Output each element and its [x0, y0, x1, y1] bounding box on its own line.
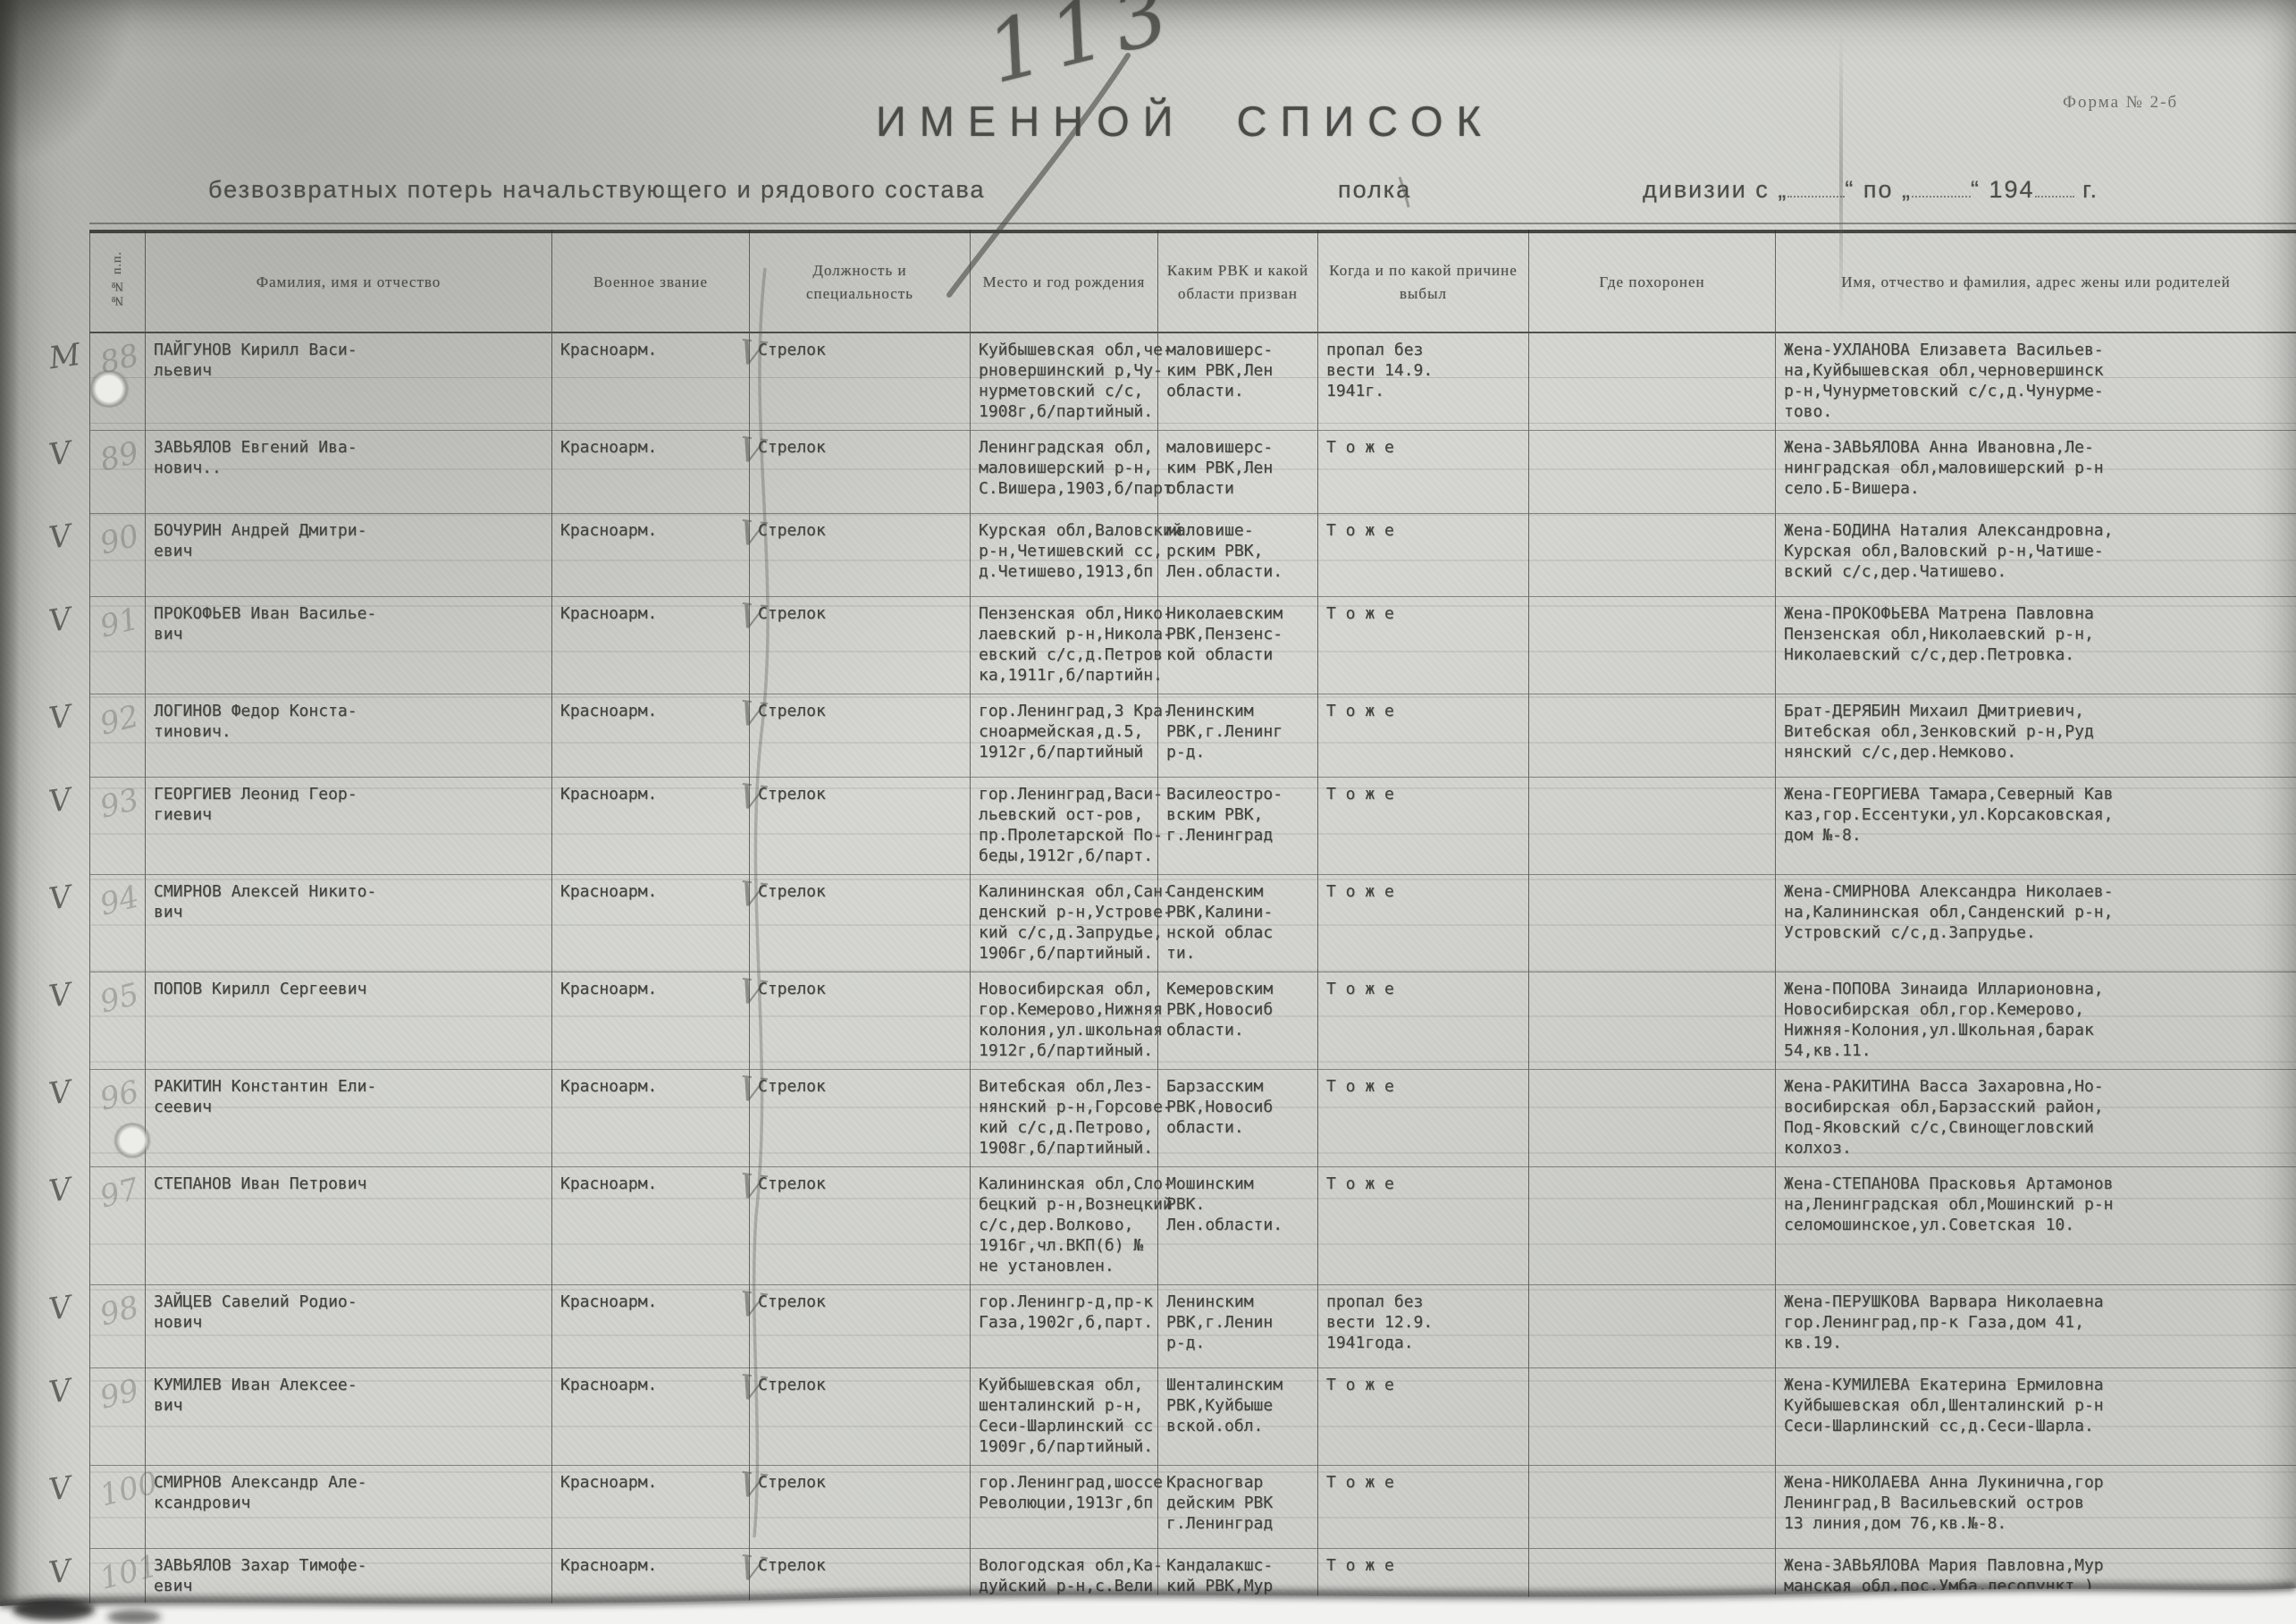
margin-checkmark: V — [46, 1372, 73, 1410]
header-name: Фамилия, имя и отчество — [146, 231, 552, 332]
cell-family-address: Жена-РАКИТИНА Васса Захаровна,Но- восиби… — [1776, 1070, 2296, 1167]
cell-name: ЗАВЬЯЛОВ Захар Тимофе- евич — [146, 1549, 552, 1624]
division-label: дивизии с — [1643, 176, 1770, 203]
row-number-pencil: 92 — [97, 698, 143, 742]
row-number-pencil: 98 — [97, 1289, 143, 1333]
cell-name: СМИРНОВ Александр Але- ксандрович — [146, 1466, 552, 1549]
cell-burial-place — [1529, 875, 1776, 972]
table-row: V94СМИРНОВ Алексей Никито- вичКрасноарм.… — [90, 875, 2296, 972]
header-rvk: Каким РВК и какой области призван — [1158, 231, 1318, 332]
row-number-pencil: 99 — [97, 1372, 143, 1416]
close-quote: “ — [1971, 176, 1981, 203]
cell-rank: Красноарм.V — [552, 1368, 750, 1466]
table-row: V93ГЕОРГИЕВ Леонид Геор- гиевичКрасноарм… — [90, 778, 2296, 875]
cell-name: ГЕОРГИЕВ Леонид Геор- гиевич — [146, 778, 552, 875]
cell-row-number: V89 — [90, 431, 146, 514]
cell-row-number: V96 — [90, 1070, 146, 1167]
cell-when-cause: Т о ж е — [1318, 1368, 1529, 1466]
table-header-row: №№ п.п. Фамилия, имя и отчество Военное … — [90, 231, 2296, 332]
margin-checkmark: V — [46, 976, 73, 1014]
cell-when-cause: Т о ж е — [1318, 875, 1529, 972]
row-number-pencil: 95 — [97, 976, 143, 1020]
pencil-tick: V — [736, 776, 766, 818]
header-rank: Военное звание — [552, 231, 750, 332]
cell-family-address: Жена-СТЕПАНОВА Прасковья Артамонов на,Ле… — [1776, 1167, 2296, 1285]
cell-burial-place — [1529, 1070, 1776, 1167]
margin-checkmark: M — [46, 337, 82, 376]
cell-rank: Красноарм.V — [552, 1285, 750, 1368]
cell-name: СМИРНОВ Алексей Никито- вич — [146, 875, 552, 972]
cell-duty: Стрелок — [750, 1285, 971, 1368]
header-burial: Где похоронен — [1529, 231, 1776, 332]
handwritten-page-number: 113 — [978, 0, 1188, 103]
cell-when-cause: пропал без вести 14.9. 1941г. — [1318, 332, 1529, 431]
blank-date-to — [1912, 178, 1971, 198]
cell-name: ЛОГИНОВ Федор Конста- тинович. — [146, 694, 552, 778]
rank-text: Красноарм. — [560, 1376, 657, 1394]
cell-row-number: V98 — [90, 1285, 146, 1368]
cell-rank: Красноарм.V — [552, 1070, 750, 1167]
row-number-pencil: 90 — [97, 517, 143, 561]
cell-burial-place — [1529, 597, 1776, 694]
cell-row-number: V94 — [90, 875, 146, 972]
pencil-tick: V — [736, 873, 766, 915]
open-quote: „ — [1902, 176, 1912, 203]
header-birthplace: Место и год рождения — [971, 231, 1158, 332]
pencil-tick: V — [736, 595, 766, 637]
row-number-pencil: 100 — [97, 1469, 143, 1513]
rank-text: Красноарм. — [560, 1077, 657, 1096]
rank-text: Красноарм. — [560, 521, 657, 540]
cell-name: ПАЙГУНОВ Кирилл Васи- льевич — [146, 332, 552, 431]
cell-rvk: Мошинским РВК. Лен.области. — [1158, 1167, 1318, 1285]
cell-rvk: маловишерс- ким РВК,Лен области — [1158, 431, 1318, 514]
cell-duty: Стрелок — [750, 332, 971, 431]
rank-text: Красноарм. — [560, 1174, 657, 1193]
header-family: Имя, отчество и фамилия, адрес жены или … — [1776, 231, 2296, 332]
cell-duty: Стрелок — [750, 431, 971, 514]
cell-name: БОЧУРИН Андрей Дмитри- евич — [146, 514, 552, 597]
cell-family-address: Жена-ЗАВЬЯЛОВА Мария Павловна,Мур манска… — [1776, 1549, 2296, 1624]
ruled-line — [89, 223, 2296, 224]
cell-family-address: Жена-ЗАВЬЯЛОВА Анна Ивановна,Ле- нинград… — [1776, 431, 2296, 514]
cell-rvk: Василеостро- вским РВК, г.Ленинград — [1158, 778, 1318, 875]
cell-rank: Красноарм.V — [552, 1466, 750, 1549]
cell-row-number: M88 — [90, 332, 146, 431]
open-quote: „ — [1778, 176, 1787, 203]
table-body: M88ПАЙГУНОВ Кирилл Васи- льевичКрасноарм… — [90, 332, 2296, 1624]
cell-rvk: Санденским РВК,Калини- нской облас ти. — [1158, 875, 1318, 972]
cell-family-address: Жена-ПРОКОФЬЕВА Матрена Павловна Пензенс… — [1776, 597, 2296, 694]
blank-year — [2035, 178, 2074, 198]
table-row: V92ЛОГИНОВ Федор Конста- тинович.Красноа… — [90, 694, 2296, 778]
cell-duty: Стрелок — [750, 1070, 971, 1167]
cell-birthplace: Ленинградская обл, маловишерский р-н, С.… — [971, 431, 1158, 514]
table-row: V98ЗАЙЦЕВ Савелий Родио- новичКрасноарм.… — [90, 1285, 2296, 1368]
cell-rank: Красноарм.V — [552, 1167, 750, 1285]
cell-burial-place — [1529, 514, 1776, 597]
header-row-number: №№ п.п. — [90, 231, 146, 332]
header-when-cause: Когда и по какой причине выбыл — [1318, 231, 1529, 332]
row-number-pencil: 91 — [97, 601, 143, 644]
pencil-tick: V — [736, 332, 766, 374]
cell-rank: Красноарм.V — [552, 431, 750, 514]
cell-family-address: Жена-БОДИНА Наталия Александровна, Курск… — [1776, 514, 2296, 597]
cell-rank: Красноарм.V — [552, 875, 750, 972]
margin-checkmark: V — [46, 879, 73, 917]
document-title: ИМЕННОЙ СПИСОК — [876, 97, 1494, 146]
cell-when-cause: Т о ж е — [1318, 1549, 1529, 1624]
rank-text: Красноарм. — [560, 341, 657, 359]
cell-row-number: V97 — [90, 1167, 146, 1285]
cell-family-address: Брат-ДЕРЯБИН Михаил Дмитриевич, Витебска… — [1776, 694, 2296, 778]
cell-row-number: V93 — [90, 778, 146, 875]
row-number-pencil: 101 — [97, 1552, 143, 1596]
cell-name: РАКИТИН Константин Ели- сеевич — [146, 1070, 552, 1167]
cell-when-cause: Т о ж е — [1318, 1466, 1529, 1549]
row-number-pencil: 94 — [97, 879, 143, 922]
cell-rvk: Николаевским РВК,Пензенс- кой области — [1158, 597, 1318, 694]
cell-birthplace: Куйбышевская обл, шенталинский р-н, Сеси… — [971, 1368, 1158, 1466]
cell-rvk: Ленинским РВК,г.Ленинг р-д. — [1158, 694, 1318, 778]
cell-rvk: Ленинским РВК,г.Ленин р-д. — [1158, 1285, 1318, 1368]
rank-text: Красноарм. — [560, 882, 657, 901]
table-row: V97СТЕПАНОВ Иван ПетровичКрасноарм.VСтре… — [90, 1167, 2296, 1285]
cell-duty: Стрелок — [750, 1549, 971, 1624]
cell-duty: Стрелок — [750, 875, 971, 972]
cell-duty: Стрелок — [750, 597, 971, 694]
cell-row-number: V101 — [90, 1549, 146, 1624]
pencil-tick: V — [736, 1165, 766, 1207]
cell-name: ПРОКОФЬЕВ Иван Василье- вич — [146, 597, 552, 694]
cell-when-cause: Т о ж е — [1318, 1167, 1529, 1285]
cell-rvk: маловише- рским РВК, Лен.области. — [1158, 514, 1318, 597]
cell-when-cause: пропал без вести 12.9. 1941года. — [1318, 1285, 1529, 1368]
cell-birthplace: гор.Ленинград,шоссе Революции,1913г,бп — [971, 1466, 1158, 1549]
cell-birthplace: гор.Ленинград,3 Кра- сноармейская,д.5, 1… — [971, 694, 1158, 778]
table-row: M88ПАЙГУНОВ Кирилл Васи- льевичКрасноарм… — [90, 332, 2296, 431]
pencil-tick: V — [736, 693, 766, 735]
margin-checkmark: V — [46, 1552, 73, 1591]
cell-family-address: Жена-ПОПОВА Зинаида Илларионовна, Новоси… — [1776, 972, 2296, 1070]
cell-birthplace: Калининская обл,Сло- бецкий р-н,Вознецки… — [971, 1167, 1158, 1285]
blank-date-from — [1787, 178, 1845, 198]
cell-when-cause: Т о ж е — [1318, 597, 1529, 694]
pencil-tick: V — [736, 1367, 766, 1409]
table-row: V101ЗАВЬЯЛОВ Захар Тимофе- евичКрасноарм… — [90, 1549, 2296, 1624]
cell-burial-place — [1529, 332, 1776, 431]
pencil-tick: V — [736, 429, 766, 471]
cell-when-cause: Т о ж е — [1318, 431, 1529, 514]
year-suffix: г. — [2082, 176, 2098, 203]
page-left-edge-shadow — [0, 0, 20, 1624]
page-corner-shadow — [0, 0, 134, 170]
cell-family-address: Жена-ГЕОРГИЕВА Тамара,Северный Кав каз,г… — [1776, 778, 2296, 875]
rank-text: Красноарм. — [560, 1556, 657, 1575]
row-number-pencil: 97 — [97, 1171, 143, 1215]
cell-duty: Стрелок — [750, 778, 971, 875]
margin-checkmark: V — [46, 1171, 73, 1209]
cell-birthplace: Витебская обл,Лез- нянский р-н,Горсове- … — [971, 1070, 1158, 1167]
scanned-casualty-list-page: 113 Форма № 2-б ИМЕННОЙ СПИСОК безвозвра… — [0, 0, 2296, 1624]
cell-name: ЗАЙЦЕВ Савелий Родио- нович — [146, 1285, 552, 1368]
cell-rank: Красноарм.V — [552, 514, 750, 597]
cell-duty: Стрелок — [750, 514, 971, 597]
pencil-tick: V — [736, 1068, 766, 1110]
cell-when-cause: Т о ж е — [1318, 514, 1529, 597]
cell-duty: Стрелок — [750, 1466, 971, 1549]
margin-checkmark: V — [46, 1469, 73, 1508]
rank-text: Красноарм. — [560, 438, 657, 457]
row-number-pencil: 89 — [97, 434, 143, 478]
rank-text: Красноарм. — [560, 1473, 657, 1492]
cell-birthplace: Вологодская обл,Ка- дуйский р-н,с.Вели к… — [971, 1549, 1158, 1624]
pencil-tick: V — [736, 971, 766, 1013]
cell-family-address: Жена-УХЛАНОВА Елизавета Васильев- на,Куй… — [1776, 332, 2296, 431]
cell-rank: Красноарм.V — [552, 597, 750, 694]
cell-family-address: Жена-ПЕРУШКОВА Варвара Николаевна гор.Ле… — [1776, 1285, 2296, 1368]
cell-burial-place — [1529, 1549, 1776, 1624]
table-row: V100СМИРНОВ Александр Але- ксандровичКра… — [90, 1466, 2296, 1549]
cell-family-address: Жена-НИКОЛАЕВА Анна Лукинична,гор Ленинг… — [1776, 1466, 2296, 1549]
subtitle-regiment: полка — [1338, 176, 1411, 204]
corner-shadow-blob — [13, 1599, 95, 1620]
cell-when-cause: Т о ж е — [1318, 778, 1529, 875]
cell-row-number: V95 — [90, 972, 146, 1070]
cell-name: ПОПОВ Кирилл Сергеевич — [146, 972, 552, 1070]
row-number-pencil: 96 — [97, 1073, 143, 1117]
cell-duty: Стрелок — [750, 1368, 971, 1466]
cell-burial-place — [1529, 1285, 1776, 1368]
table-row: V89ЗАВЬЯЛОВ Евгений Ива- нович..Красноар… — [90, 431, 2296, 514]
rank-text: Красноарм. — [560, 604, 657, 623]
pencil-tick: V — [736, 1547, 766, 1589]
cell-burial-place — [1529, 1466, 1776, 1549]
cell-birthplace: Курская обл,Валовский р-н,Четишевский сс… — [971, 514, 1158, 597]
rank-text: Красноарм. — [560, 980, 657, 998]
cell-family-address: Жена-СМИРНОВА Александра Николаев- на,Ка… — [1776, 875, 2296, 972]
cell-burial-place — [1529, 1368, 1776, 1466]
margin-checkmark: V — [46, 434, 73, 473]
casualty-table: №№ п.п. Фамилия, имя и отчество Военное … — [89, 230, 2296, 1624]
subtitle-division-dates: дивизии с „“ по „“ 194 г. — [1643, 176, 2268, 204]
close-quote: “ — [1845, 176, 1854, 203]
cell-duty: Стрелок — [750, 694, 971, 778]
table-row: V96РАКИТИН Константин Ели- сеевичКрасноа… — [90, 1070, 2296, 1167]
cell-burial-place — [1529, 1167, 1776, 1285]
cell-rank: Красноарм.V — [552, 332, 750, 431]
cell-birthplace: Куйбышевская обл,че- рновершинский р,Чу-… — [971, 332, 1158, 431]
cell-birthplace: Пензенская обл,Нико- лаевский р-н,Никола… — [971, 597, 1158, 694]
cell-when-cause: Т о ж е — [1318, 1070, 1529, 1167]
table-row: V90БОЧУРИН Андрей Дмитри- евичКрасноарм.… — [90, 514, 2296, 597]
cell-birthplace: Калининская обл,Сан- денский р-н,Устрове… — [971, 875, 1158, 972]
pencil-tick: V — [736, 1464, 766, 1506]
cell-burial-place — [1529, 778, 1776, 875]
table-row: V95ПОПОВ Кирилл СергеевичКрасноарм.VСтре… — [90, 972, 2296, 1070]
cell-row-number: V99 — [90, 1368, 146, 1466]
cell-rvk: Шенталинским РВК,Куйбыше вской.обл. — [1158, 1368, 1318, 1466]
cell-birthplace: гор.Ленинград,Васи- льевский ост-ров, пр… — [971, 778, 1158, 875]
cell-row-number: V92 — [90, 694, 146, 778]
cell-rvk: Кандалакшс- кий РВК,Мур манской об. — [1158, 1549, 1318, 1624]
cell-name: СТЕПАНОВ Иван Петрович — [146, 1167, 552, 1285]
paper-crease — [1839, 32, 1843, 327]
cell-duty: Стрелок — [750, 1167, 971, 1285]
cell-family-address: Жена-КУМИЛЕВА Екатерина Ермиловна Куйбыш… — [1776, 1368, 2296, 1466]
cell-rvk: Красногвар дейским РВК г.Ленинград — [1158, 1466, 1318, 1549]
po-label: по — [1863, 176, 1894, 203]
cell-duty: Стрелок — [750, 972, 971, 1070]
cell-rank: Красноарм.V — [552, 694, 750, 778]
cell-rvk: маловишерс- ким РВК,Лен области. — [1158, 332, 1318, 431]
cell-rvk: Барзасским РВК,Новосиб области. — [1158, 1070, 1318, 1167]
cell-burial-place — [1529, 694, 1776, 778]
margin-checkmark: V — [46, 1073, 73, 1112]
cell-when-cause: Т о ж е — [1318, 694, 1529, 778]
pencil-tick: V — [736, 512, 766, 554]
row-number-pencil: 93 — [97, 781, 143, 825]
rank-text: Красноарм. — [560, 702, 657, 720]
cell-birthplace: Новосибирская обл, гор.Кемерово,Нижняя к… — [971, 972, 1158, 1070]
row-number-pencil: 88 — [97, 337, 143, 381]
year-prefix: 194 — [1989, 176, 2035, 203]
pencil-tick: V — [736, 1283, 766, 1325]
rank-text: Красноарм. — [560, 1292, 657, 1311]
rank-text: Красноарм. — [560, 785, 657, 804]
cell-rank: Красноарм.V — [552, 778, 750, 875]
margin-checkmark: V — [46, 1289, 73, 1327]
cell-name: КУМИЛЕВ Иван Алексее- вич — [146, 1368, 552, 1466]
margin-checkmark: V — [46, 601, 73, 639]
margin-checkmark: V — [46, 698, 73, 736]
cell-name: ЗАВЬЯЛОВ Евгений Ива- нович.. — [146, 431, 552, 514]
margin-checkmark: V — [46, 517, 73, 556]
cell-burial-place — [1529, 972, 1776, 1070]
cell-birthplace: гор.Ленингр-д,пр-к Газа,1902г,б,парт. — [971, 1285, 1158, 1368]
subtitle-losses: безвозвратных потерь начальствующего и р… — [208, 176, 986, 204]
margin-checkmark: V — [46, 781, 73, 820]
header-duty: Должность и специальность — [750, 231, 971, 332]
table-row: V91ПРОКОФЬЕВ Иван Василье- вичКрасноарм.… — [90, 597, 2296, 694]
cell-burial-place — [1529, 431, 1776, 514]
cell-row-number: V90 — [90, 514, 146, 597]
cell-rvk: Кемеровским РВК,Новосиб области. — [1158, 972, 1318, 1070]
form-number-label: Форма № 2-б — [2063, 93, 2178, 113]
cell-when-cause: Т о ж е — [1318, 972, 1529, 1070]
table-row: V99КУМИЛЕВ Иван Алексее- вичКрасноарм.VС… — [90, 1368, 2296, 1466]
cell-rank: Красноарм.V — [552, 1549, 750, 1624]
cell-row-number: V100 — [90, 1466, 146, 1549]
cell-row-number: V91 — [90, 597, 146, 694]
cell-rank: Красноарм.V — [552, 972, 750, 1070]
